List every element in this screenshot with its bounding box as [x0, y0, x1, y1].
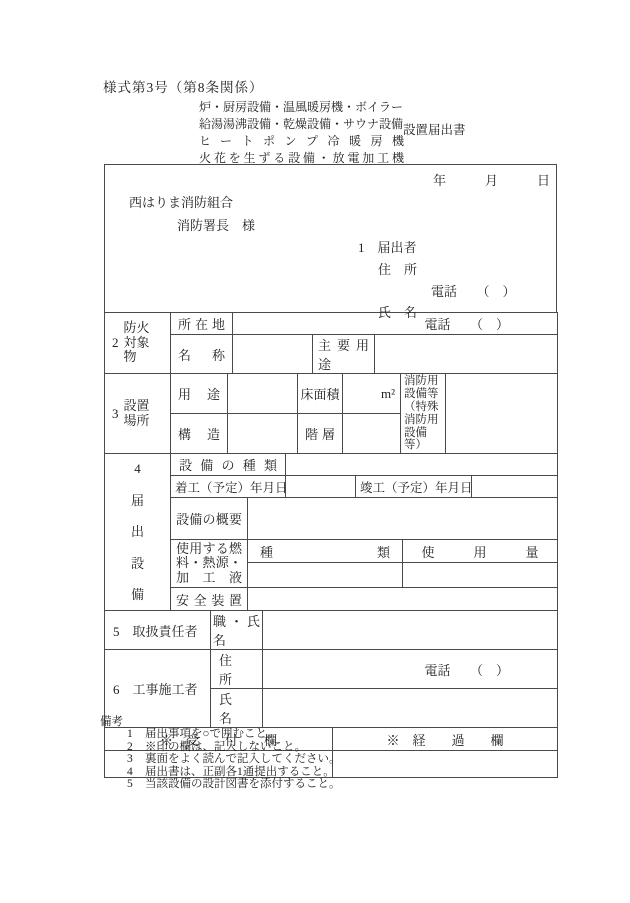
section-property-table: 2 防火対象物 所在地 電話 （ ） 名称 主要用途	[104, 312, 558, 374]
section2-number: 2	[112, 335, 119, 351]
form-title-block: 炉・厨房設備・温風暖房機・ボイラー 給湯湯沸設備・乾燥設備・サウナ設備 ヒートポ…	[199, 99, 404, 167]
floor-area-label: 床面積	[298, 374, 343, 414]
location-label: 所在地	[171, 313, 233, 335]
completion-date-value-cell	[472, 476, 558, 498]
section5-label: 5 取扱責任者	[105, 611, 211, 650]
completion-date-label: 竣工（予定）年月日	[356, 476, 472, 498]
structure-label: 構造	[171, 414, 228, 454]
section2-label: 防火対象物	[124, 321, 152, 365]
section4-label-char-3: 設	[131, 553, 144, 572]
overview-value-cell	[248, 498, 558, 540]
declarer-name-label: 氏 名	[378, 302, 417, 321]
remark-text: 裏面をよく読んで記入してください。	[145, 753, 341, 765]
title-line-1: 炉・厨房設備・温風暖房機・ボイラー	[199, 99, 404, 116]
section3-label: 設置場所	[124, 399, 152, 428]
remark-text: 届出書は、正副各1通提出すること。	[145, 766, 335, 778]
remark-item: 3 裏面をよく読んで記入してください。	[127, 753, 341, 765]
remark-text: ※印の欄は、記入しないこと。	[145, 741, 306, 753]
remark-number: 1	[127, 728, 139, 740]
form-title-suffix: 設置届出書	[403, 120, 466, 138]
declarer-phone-label: 電話 （ ）	[431, 281, 516, 300]
contractor-address-label: 住 所	[211, 650, 263, 689]
progress-stamp-cell	[333, 751, 558, 778]
remarks-heading: 備考	[100, 716, 341, 728]
form-table: 年 月 日 西はりま消防組合 消防署長 様 1 届出者 住 所 電話 （ ） 氏…	[104, 164, 557, 778]
section-persons-table: 5 取扱責任者 職・氏名 6 工事施工者 住 所 電話 （ ） 氏 名	[104, 610, 558, 728]
contractor-address-value-cell: 電話 （ ）	[263, 650, 558, 689]
equipment-type-value-cell	[286, 454, 558, 476]
remark-number: 4	[127, 766, 139, 778]
declarer-heading: 1 届出者	[358, 237, 417, 256]
organization-name: 西はりま消防組合	[129, 192, 233, 211]
section3-label-cell: 3 設置場所	[105, 374, 171, 454]
remark-text: 当該設備の設計図書を添付すること。	[145, 778, 341, 790]
fuel-kind-value-cell	[248, 563, 403, 588]
section4-label-cell: 4 届 出 設 備	[105, 454, 171, 611]
fuel-amount-header: 使 用 量	[403, 540, 558, 563]
section3-number: 3	[112, 406, 119, 422]
section-equipment-table: 4 届 出 設 備 設備の種類 着工（予定）年月日 竣工（予定）年月日 設備の概…	[104, 453, 558, 611]
remark-item: 1 届出事項を○で囲むこと。	[127, 728, 341, 740]
section4-label-char-2: 出	[131, 521, 144, 540]
remark-item: 2 ※印の欄は、記入しないこと。	[127, 741, 341, 753]
floor-area-unit: m²	[343, 374, 401, 414]
fuel-kind-header: 種 類	[248, 540, 403, 563]
remark-number: 3	[127, 753, 139, 765]
remarks-block: 備考 1 届出事項を○で囲むこと。 2 ※印の欄は、記入しないこと。 3 裏面を…	[100, 716, 341, 790]
story-label: 階層	[298, 414, 343, 454]
overview-label: 設備の概要	[171, 498, 248, 540]
declarer-address-label: 住 所	[378, 259, 417, 278]
equipment-type-label: 設備の種類	[171, 454, 286, 476]
remark-item: 5 当該設備の設計図書を添付すること。	[127, 778, 341, 790]
structure-value-cell	[228, 414, 298, 454]
story-value-cell	[343, 414, 401, 454]
fire-equipment-label: 消防用設備等（特殊消防用設備等）	[401, 374, 446, 454]
progress-column-header: ※ 経 過 欄	[333, 728, 558, 751]
use-value-cell	[228, 374, 298, 414]
start-date-label: 着工（予定）年月日	[171, 476, 286, 498]
document-page: 様式第3号（第8条関係） 炉・厨房設備・温風暖房機・ボイラー 給湯湯沸設備・乾燥…	[0, 0, 630, 903]
fuel-label: 使用する燃料・熱源・加工液	[171, 540, 248, 588]
remark-item: 4 届出書は、正副各1通提出すること。	[127, 766, 341, 778]
section4-label-char-4: 備	[131, 584, 144, 603]
property-name-value-cell	[233, 335, 313, 374]
remark-text: 届出事項を○で囲むこと。	[145, 728, 278, 740]
safety-device-label: 安全装置	[171, 588, 248, 611]
main-use-value-cell	[375, 335, 558, 374]
start-date-value-cell	[286, 476, 356, 498]
section-place-table: 3 設置場所 用途 床面積 m² 消防用設備等（特殊消防用設備等） 構造 階層	[104, 373, 558, 454]
section4-number: 4	[134, 461, 141, 477]
fire-equipment-value-cell	[446, 374, 558, 454]
post-name-label: 職・氏名	[211, 611, 263, 650]
section2-label-cell: 2 防火対象物	[105, 313, 171, 374]
form-number: 様式第3号（第8条関係）	[103, 76, 264, 96]
fuel-amount-value-cell	[403, 563, 558, 588]
property-name-label: 名称	[171, 335, 233, 374]
post-name-value-cell	[263, 611, 558, 650]
section4-label-char-1: 届	[131, 490, 144, 509]
title-line-2: 給湯湯沸設備・乾燥設備・サウナ設備	[199, 116, 404, 133]
title-line-3: ヒートポンプ冷暖房機	[199, 133, 404, 150]
remark-number: 2	[127, 741, 139, 753]
safety-device-value-cell	[248, 588, 558, 611]
use-label: 用途	[171, 374, 228, 414]
section-declarer: 年 月 日 西はりま消防組合 消防署長 様 1 届出者 住 所 電話 （ ） 氏…	[104, 164, 557, 313]
date-line: 年 月 日	[433, 170, 550, 189]
remark-number: 5	[127, 778, 139, 790]
main-use-label: 主要用途	[313, 335, 375, 374]
addressee: 消防署長 様	[177, 215, 255, 234]
